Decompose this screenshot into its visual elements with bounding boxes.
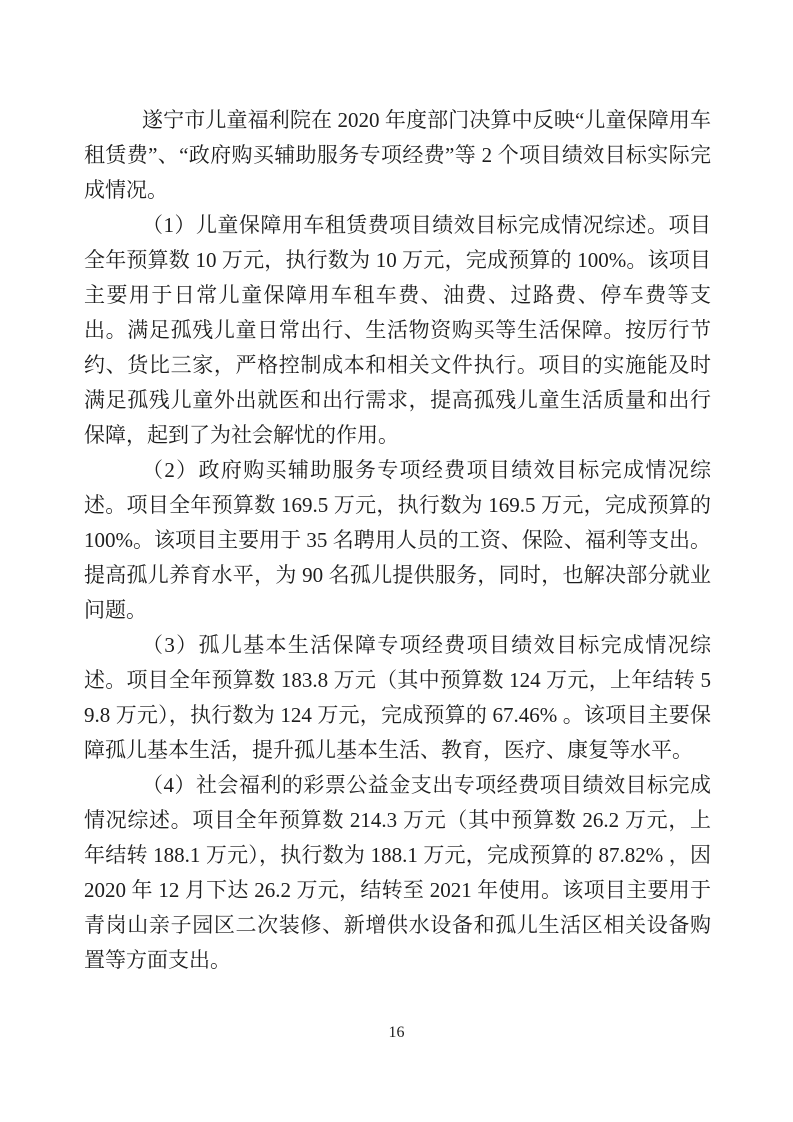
document-body: 遂宁市儿童福利院在 2020 年度部门决算中反映“儿童保障用车租赁费”、“政府购… xyxy=(84,103,711,978)
intro-paragraph: 遂宁市儿童福利院在 2020 年度部门决算中反映“儿童保障用车租赁费”、“政府购… xyxy=(84,103,711,208)
project-3-paragraph: （3）孤儿基本生活保障专项经费项目绩效目标完成情况综述。项目全年预算数 183.… xyxy=(84,628,711,768)
document-page: 遂宁市儿童福利院在 2020 年度部门决算中反映“儿童保障用车租赁费”、“政府购… xyxy=(0,0,793,1122)
page-number: 16 xyxy=(389,1024,405,1041)
page-footer: 16 xyxy=(0,1023,793,1043)
project-4-paragraph: （4）社会福利的彩票公益金支出专项经费项目绩效目标完成情况综述。项目全年预算数 … xyxy=(84,768,711,978)
project-2-paragraph: （2）政府购买辅助服务专项经费项目绩效目标完成情况综述。项目全年预算数 169.… xyxy=(84,453,711,628)
project-1-paragraph: （1）儿童保障用车租赁费项目绩效目标完成情况综述。项目全年预算数 10 万元，执… xyxy=(84,208,711,453)
